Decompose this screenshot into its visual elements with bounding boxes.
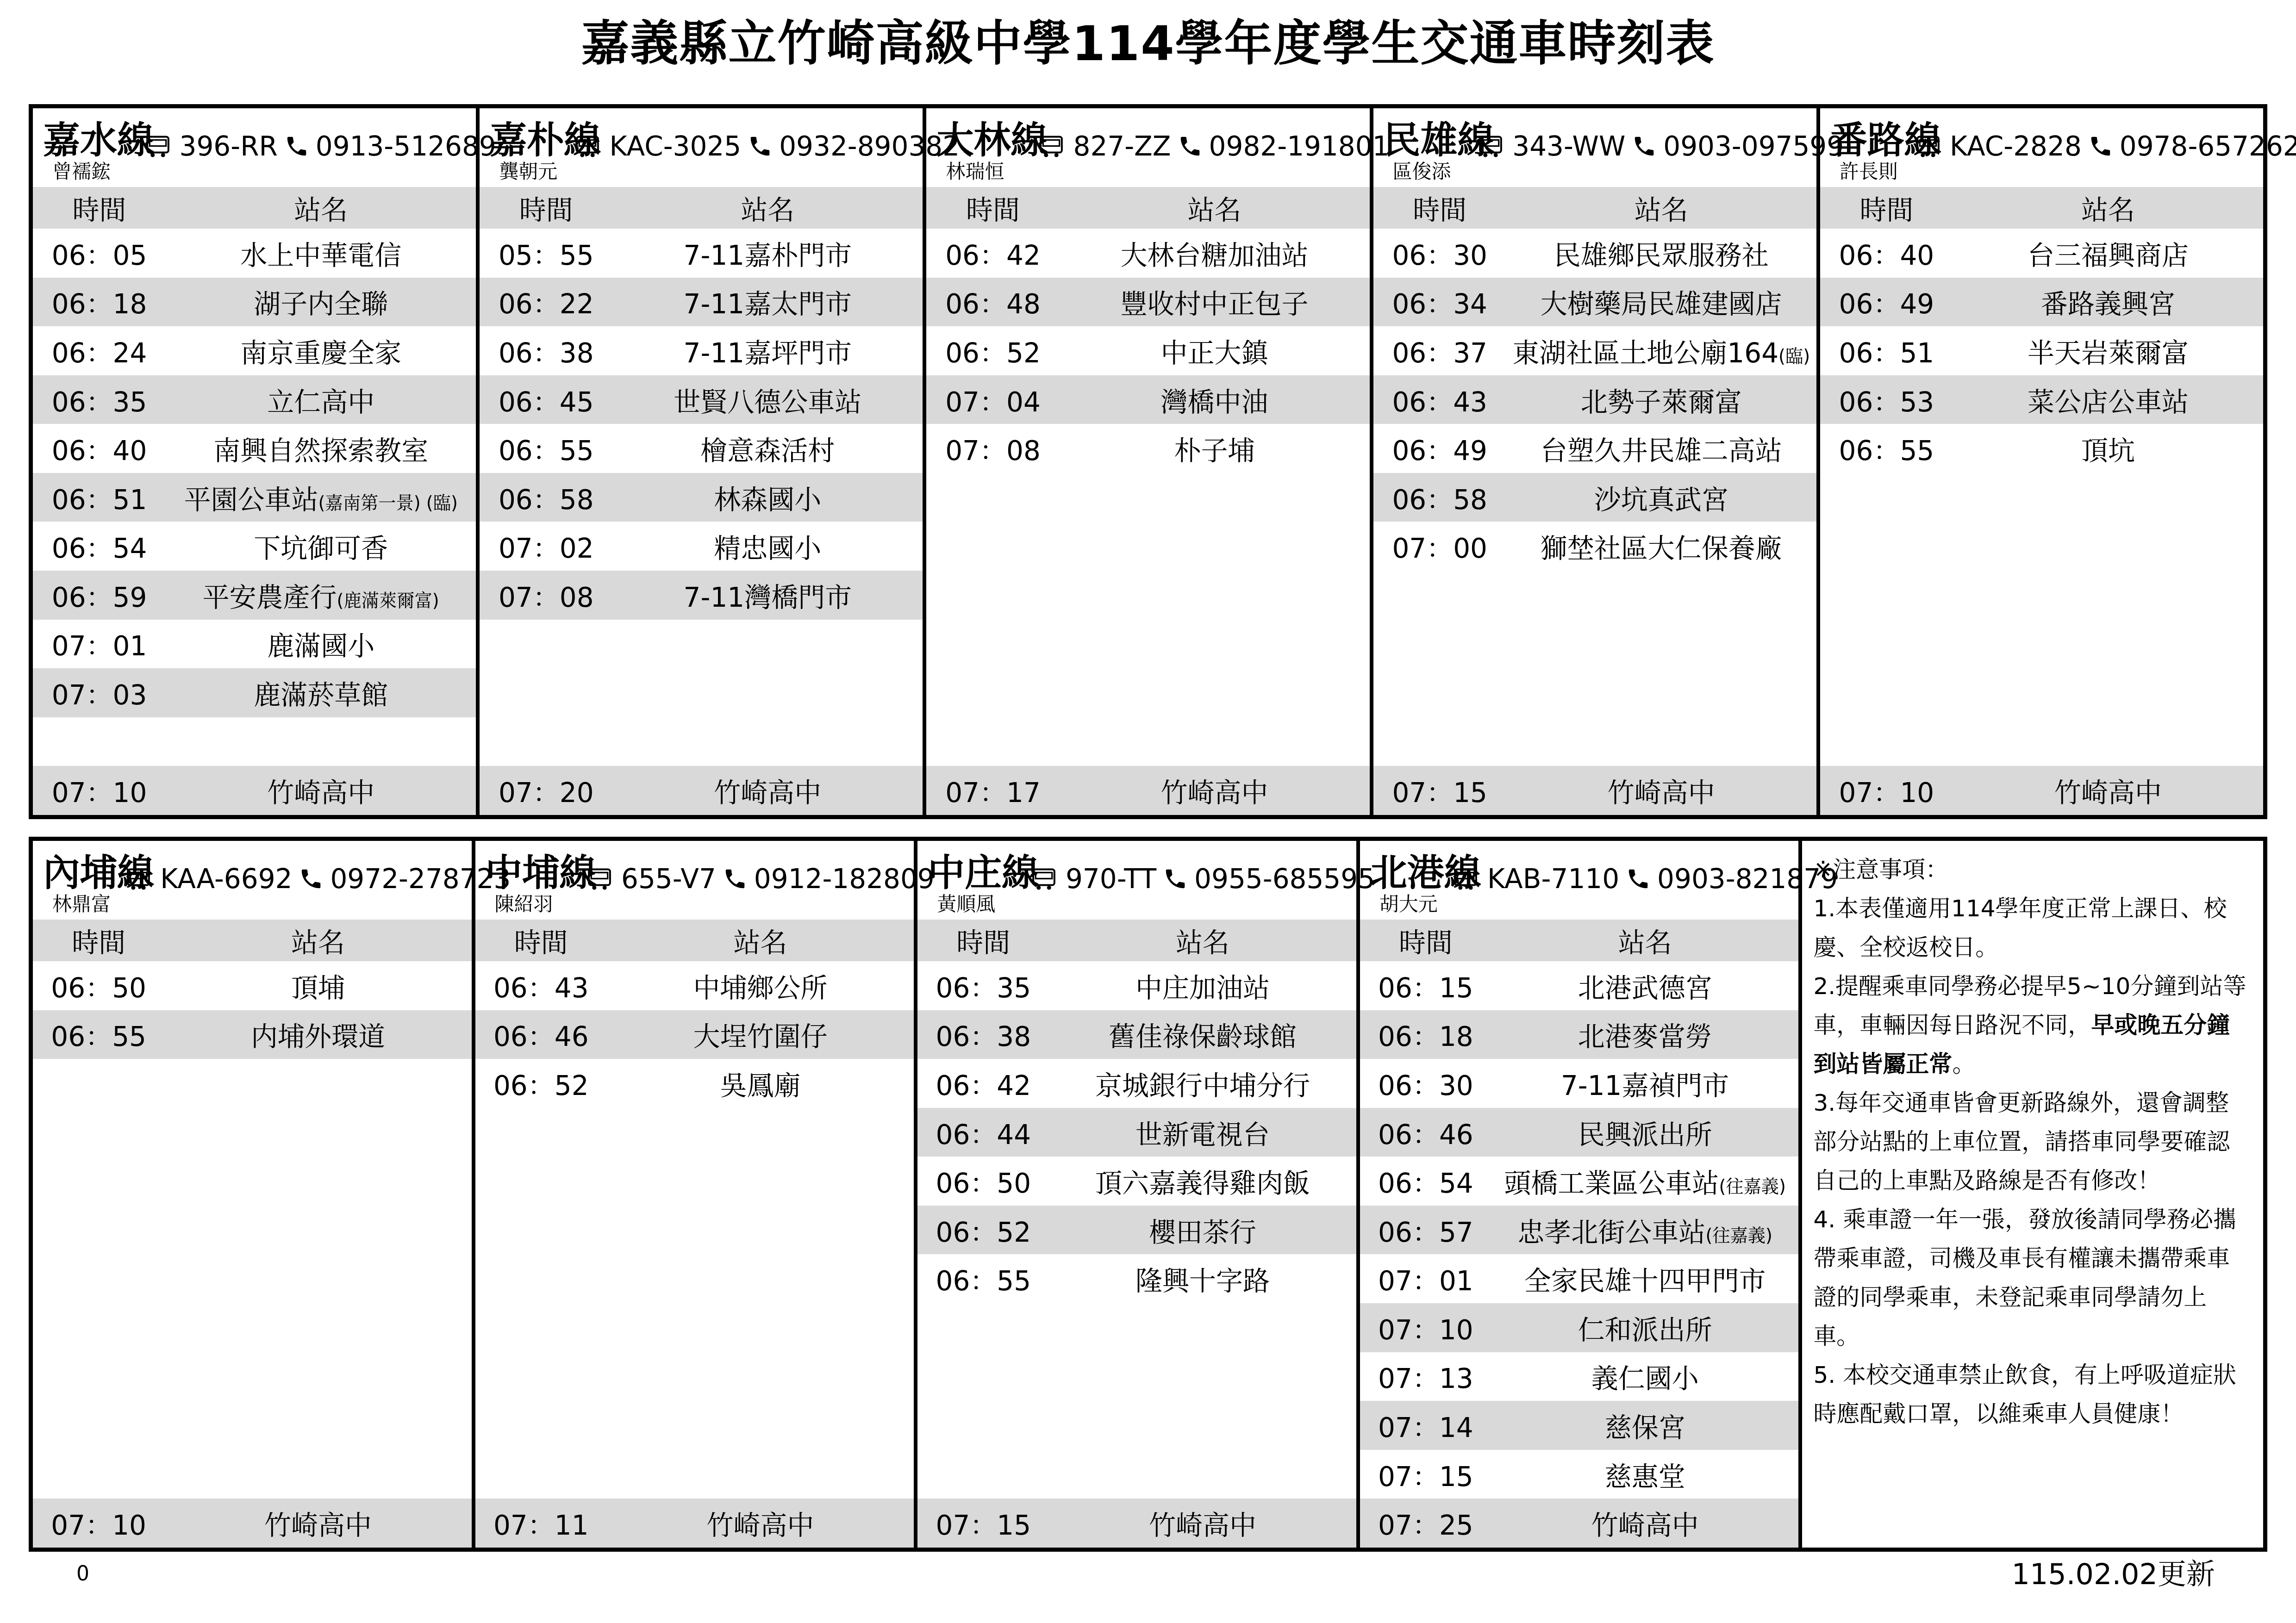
stop-time: 06：55 [1820, 429, 1953, 468]
schedule-rows: 06：15北港武德宮06：18北港麥當勞06：307-11嘉禎門市06：46民興… [1360, 961, 1799, 1548]
bus-plate: 970-TT [1066, 863, 1156, 895]
schedule-row: 06：15北港武德宮 [1360, 961, 1799, 1010]
station-column-header: 站名 [1491, 921, 1798, 960]
schedule-row [33, 717, 476, 766]
stop-station: 北勢子萊爾富 [1506, 380, 1816, 419]
stop-time: 07：03 [33, 673, 166, 712]
stop-station: 立仁高中 [166, 380, 476, 419]
stop-time: 07：13 [1360, 1357, 1491, 1396]
time-column-header: 時間 [926, 188, 1059, 227]
stop-station: 台三福興商店 [1953, 234, 2263, 273]
schedule-row [1820, 668, 2263, 717]
schedule-row [1820, 620, 2263, 669]
column-header-row: 時間 站名 [480, 187, 923, 229]
schedule-row [917, 1352, 1356, 1401]
stop-time: 07：10 [1820, 771, 1953, 810]
time-column-header: 時間 [1360, 921, 1491, 960]
notes-list: 1.本表僅適用114學年度正常上課日、校慶、全校返校日。2.提醒乘車同學務必提早… [1813, 889, 2252, 1433]
route-header: 嘉朴線 龔朝元 KAC-3025 0932-8903 [480, 108, 923, 187]
stop-station: 7-11嘉坪門市 [612, 331, 923, 370]
schedule-row [33, 1157, 472, 1206]
stop-station: 中埔鄉公所 [607, 966, 914, 1005]
driver-phone: 0912-182809 [754, 863, 935, 895]
schedule-row: 06：53菜公店公車站 [1820, 375, 2263, 424]
schedule-row: 07：15竹崎高中 [917, 1499, 1356, 1548]
schedule-row: 07：10竹崎高中 [33, 766, 476, 815]
stop-station: 舊佳祿保齡球館 [1049, 1015, 1356, 1054]
driver-phone: 0978-657262 [2120, 131, 2296, 162]
schedule-row: 06：35立仁高中 [33, 375, 476, 424]
stop-station: 7-11嘉禎門市 [1491, 1064, 1798, 1103]
stop-time: 05：55 [480, 234, 612, 273]
phone-icon [2088, 134, 2113, 159]
route-table: 嘉水線 曾襦鋐 396-RR 0913-512689 [33, 108, 480, 815]
schedule-row [33, 1303, 472, 1352]
route-header: 北港線 胡大元 KAB-7110 0903-8218 [1360, 841, 1799, 920]
route-header: 嘉水線 曾襦鋐 396-RR 0913-512689 [33, 108, 476, 187]
stop-station: 水上中華電信 [166, 234, 476, 273]
notes-title: ※注意事項： [1813, 850, 2252, 889]
schedule-row: 06：40台三福興商店 [1820, 229, 2263, 278]
stop-station: 7-11嘉朴門市 [612, 234, 923, 273]
stop-station: 鹿滿國小 [166, 624, 476, 663]
stop-time: 07：11 [475, 1504, 607, 1542]
schedule-row: 06：42大林台糖加油站 [926, 229, 1369, 278]
schedule-row: 06：42京城銀行中埔分行 [917, 1059, 1356, 1108]
schedule-row [33, 1108, 472, 1157]
stop-station: 獅埜社區大仁保養廠 [1506, 527, 1816, 566]
driver-name: 許長則 [1840, 156, 1898, 184]
stop-time: 07：15 [1360, 1455, 1491, 1494]
schedule-row [1373, 571, 1816, 620]
schedule-rows: 06：30民雄鄉民眾服務社06：34大樹藥局民雄建國店06：37東湖社區土地公廟… [1373, 229, 1816, 815]
bus-icon [1475, 133, 1506, 159]
driver-name: 胡大元 [1379, 889, 1438, 917]
bus-info: 655-V7 0912-182809 [610, 857, 910, 901]
note-item: 5. 本校交通車禁止飲食，有上呼吸道症狀時應配戴口罩，以維乘車人員健康！ [1813, 1356, 2252, 1433]
bus-icon [572, 133, 603, 159]
route-name: 中庄線 [928, 843, 1039, 896]
schedule-row: 06：54頭橋工業區公車站(往嘉義) [1360, 1157, 1799, 1206]
stop-station-note: (臨) [1778, 346, 1810, 367]
stop-time: 07：15 [1373, 771, 1506, 810]
schedule-row [917, 1401, 1356, 1450]
schedule-row [926, 571, 1369, 620]
stop-station: 吳鳳廟 [607, 1064, 914, 1103]
schedule-row: 06：55檜意森活村 [480, 424, 923, 473]
stop-time: 07：17 [926, 771, 1059, 810]
route-name: 嘉水線 [43, 110, 154, 163]
schedule-row: 06：43北勢子萊爾富 [1373, 375, 1816, 424]
station-column-header: 站名 [164, 921, 471, 960]
stop-time: 06：30 [1360, 1064, 1491, 1103]
route-header: 中埔線 陳紹羽 655-V7 0912-182809 [475, 841, 914, 920]
station-column-header: 站名 [1506, 188, 1816, 227]
schedule-row: 07：08朴子埔 [926, 424, 1369, 473]
stop-station: 竹崎高中 [166, 771, 476, 810]
schedule-row: 06：30民雄鄉民眾服務社 [1373, 229, 1816, 278]
bus-info: KAB-7110 0903-821879 [1494, 857, 1794, 901]
bus-info: 343-WW 0903-097599 [1508, 124, 1812, 168]
bus-info: KAC-2828 0978-657262 [1954, 124, 2259, 168]
route-name: 中埔線 [486, 843, 597, 896]
schedule-row: 07：14慈保宮 [1360, 1401, 1799, 1450]
stop-station: 北港麥當勞 [1491, 1015, 1798, 1054]
bus-info: 970-TT 0955-685595 [1052, 857, 1352, 901]
driver-name: 陳紹羽 [495, 889, 553, 917]
stop-time: 07：10 [33, 771, 166, 810]
stop-station: 7-11嘉太門市 [612, 282, 923, 321]
schedule-row: 07：01鹿滿國小 [33, 620, 476, 669]
schedule-row [33, 1206, 472, 1255]
stop-time: 07：01 [1360, 1259, 1491, 1298]
bus-info: 396-RR 0913-512689 [167, 124, 471, 168]
stop-station: 菜公店公車站 [1953, 380, 2263, 419]
stop-station: 仁和派出所 [1491, 1308, 1798, 1347]
stop-station: 忠孝北街公車站(往嘉義) [1491, 1211, 1798, 1250]
stop-time: 06：30 [1373, 234, 1506, 273]
stop-station: 朴子埔 [1060, 429, 1370, 468]
stop-station: 頂埔 [164, 966, 471, 1005]
stop-station-note: (往嘉義) [1705, 1225, 1772, 1246]
phone-icon [299, 866, 324, 891]
schedule-row: 06：227-11嘉太門市 [480, 278, 923, 327]
stop-time: 06：57 [1360, 1211, 1491, 1250]
stop-station-note: (嘉南第一景) (臨) [318, 493, 457, 514]
schedule-row: 07：087-11灣橋門市 [480, 571, 923, 620]
stop-time: 06：35 [33, 380, 166, 419]
schedule-row: 06：52櫻田茶行 [917, 1206, 1356, 1255]
schedule-row: 06：55頂坑 [1820, 424, 2263, 473]
schedule-row [33, 1352, 472, 1401]
stop-time: 07：14 [1360, 1406, 1491, 1445]
phone-icon [723, 866, 748, 891]
schedule-row: 07：10仁和派出所 [1360, 1303, 1799, 1352]
driver-name: 黃順風 [937, 889, 995, 917]
route-table: 大林線 林瑞恒 827-ZZ 0982-191801 [926, 108, 1373, 815]
schedule-row: 06：50頂埔 [33, 961, 472, 1010]
schedule-row: 07：03鹿滿菸草館 [33, 668, 476, 717]
schedule-row [1373, 620, 1816, 669]
stop-station: 大林台糖加油站 [1060, 234, 1370, 273]
stop-time: 06：58 [1373, 478, 1506, 517]
schedule-row [1820, 473, 2263, 522]
time-column-header: 時間 [33, 188, 166, 227]
stop-time: 06：43 [1373, 380, 1506, 419]
bus-plate: 343-WW [1512, 131, 1625, 162]
column-header-row: 時間 站名 [475, 920, 914, 961]
driver-name: 林瑞恒 [946, 156, 1004, 184]
bus-info: KAA-6692 0972-278723 [167, 857, 467, 901]
bus-plate: 827-ZZ [1073, 131, 1171, 162]
route-header: 番路線 許長則 KAC-2828 0978-6572 [1820, 108, 2263, 187]
schedule-row: 06：05水上中華電信 [33, 229, 476, 278]
schedule-row: 06：44世新電視台 [917, 1108, 1356, 1157]
route-header: 中庄線 黃順風 970-TT 0955-685595 [917, 841, 1356, 920]
phone-icon [1163, 866, 1188, 891]
schedule-row: 07：04灣橋中油 [926, 375, 1369, 424]
stop-time: 06：51 [1820, 331, 1953, 370]
station-column-header: 站名 [1049, 921, 1356, 960]
stop-station: 下坑御可香 [166, 527, 476, 566]
stop-time: 06：34 [1373, 282, 1506, 321]
schedule-row [33, 1254, 472, 1303]
stop-time: 06：40 [1820, 234, 1953, 273]
schedule-row: 07：20竹崎高中 [480, 766, 923, 815]
schedule-rows: 06：05水上中華電信06：18湖子内全聯06：24南京重慶全家06：35立仁高… [33, 229, 476, 815]
stop-station: 大埕竹圍仔 [607, 1015, 914, 1054]
driver-name: 林鼎富 [52, 889, 111, 917]
schedule-row [475, 1401, 914, 1450]
phone-icon [284, 134, 309, 159]
schedule-row [33, 1450, 472, 1499]
stop-time: 06：54 [1360, 1162, 1491, 1200]
bottom-tables-block: 內埔線 林鼎富 KAA-6692 0972-2787 [29, 837, 2267, 1552]
time-column-header: 時間 [480, 188, 612, 227]
column-header-row: 時間 站名 [926, 187, 1369, 229]
stop-time: 06：55 [917, 1259, 1049, 1298]
stop-station: 慈惠堂 [1491, 1455, 1798, 1494]
bus-icon [1036, 133, 1067, 159]
note-item: 1.本表僅適用114學年度正常上課日、校慶、全校返校日。 [1813, 889, 2252, 967]
schedule-row: 06：307-11嘉禎門市 [1360, 1059, 1799, 1108]
schedule-row [917, 1303, 1356, 1352]
schedule-row: 06：52中正大鎮 [926, 326, 1369, 375]
bus-icon [1913, 133, 1943, 159]
notes-panel: ※注意事項： 1.本表僅適用114學年度正常上課日、校慶、全校返校日。2.提醒乘… [1802, 841, 2263, 1548]
schedule-row: 07：15慈惠堂 [1360, 1450, 1799, 1499]
route-header: 大林線 林瑞恒 827-ZZ 0982-191801 [926, 108, 1369, 187]
bus-icon [123, 866, 154, 892]
route-table: 中埔線 陳紹羽 655-V7 0912-182809 [475, 841, 918, 1548]
schedule-row: 06：24南京重慶全家 [33, 326, 476, 375]
schedule-row [1373, 717, 1816, 766]
schedule-rows: 06：50頂埔06：55内埔外環道07：10竹崎高中 [33, 961, 472, 1548]
stop-time: 07：15 [917, 1504, 1049, 1542]
schedule-row [1820, 717, 2263, 766]
schedule-row: 06：45世賢八德公車站 [480, 375, 923, 424]
schedule-row: 05：557-11嘉朴門市 [480, 229, 923, 278]
driver-name: 龔朝元 [499, 156, 557, 184]
station-column-header: 站名 [166, 188, 476, 227]
schedule-row: 06：51半天岩萊爾富 [1820, 326, 2263, 375]
schedule-rows: 06：35中庄加油站06：38舊佳祿保齡球館06：42京城銀行中埔分行06：44… [917, 961, 1356, 1548]
stop-station: 竹崎高中 [1506, 771, 1816, 810]
stop-time: 06：55 [480, 429, 612, 468]
stop-station: 湖子内全聯 [166, 282, 476, 321]
stop-station: 頭橋工業區公車站(往嘉義) [1491, 1162, 1798, 1200]
schedule-row [926, 668, 1369, 717]
stop-station: 中庄加油站 [1049, 966, 1356, 1005]
stop-station: 竹崎高中 [612, 771, 923, 810]
schedule-row: 06：57忠孝北街公車站(往嘉義) [1360, 1206, 1799, 1255]
stop-time: 06：35 [917, 966, 1049, 1005]
bus-plate: KAB-7110 [1487, 863, 1619, 895]
schedule-row: 06：34大樹藥局民雄建國店 [1373, 278, 1816, 327]
time-column-header: 時間 [33, 921, 164, 960]
schedule-row: 07：17竹崎高中 [926, 766, 1369, 815]
stop-station: 平園公車站(嘉南第一景) (臨) [166, 478, 476, 517]
phone-icon [748, 134, 773, 159]
schedule-row: 06：35中庄加油站 [917, 961, 1356, 1010]
route-table: 番路線 許長則 KAC-2828 0978-6572 [1820, 108, 2263, 815]
schedule-row: 06：18湖子内全聯 [33, 278, 476, 327]
stop-station: 南興自然探索教室 [166, 429, 476, 468]
schedule-row [926, 620, 1369, 669]
note-item: 2.提醒乘車同學務必提早5~10分鐘到站等車，車輛因每日路況不同，早或晚五分鐘到… [1813, 967, 2252, 1083]
schedule-row: 07：25竹崎高中 [1360, 1499, 1799, 1548]
schedule-row: 06：40南興自然探索教室 [33, 424, 476, 473]
schedule-row: 06：37東湖社區土地公廟164(臨) [1373, 326, 1816, 375]
stop-time: 06：52 [917, 1211, 1049, 1250]
station-column-header: 站名 [607, 921, 914, 960]
stop-time: 06：37 [1373, 331, 1506, 370]
station-column-header: 站名 [1953, 188, 2263, 227]
stop-time: 06：15 [1360, 966, 1491, 1005]
route-table: 北港線 胡大元 KAB-7110 0903-8218 [1360, 841, 1803, 1548]
schedule-row: 07：02精忠國小 [480, 522, 923, 571]
stop-station: 竹崎高中 [164, 1504, 471, 1542]
stop-station: 番路義興宮 [1953, 282, 2263, 321]
stop-station: 灣橋中油 [1060, 380, 1370, 419]
stop-station: 民興派出所 [1491, 1113, 1798, 1152]
driver-phone: 0903-097599 [1663, 131, 1844, 162]
schedule-row [926, 522, 1369, 571]
stop-time: 06：50 [33, 966, 164, 1005]
schedule-row [1820, 522, 2263, 571]
column-header-row: 時間 站名 [33, 187, 476, 229]
stop-station: 南京重慶全家 [166, 331, 476, 370]
column-header-row: 時間 站名 [1360, 920, 1799, 961]
schedule-row: 07：13義仁國小 [1360, 1352, 1799, 1401]
column-header-row: 時間 站名 [33, 920, 472, 961]
stop-station: 鹿滿菸草館 [166, 673, 476, 712]
stop-station: 豐收村中正包子 [1060, 282, 1370, 321]
note-item: 3.每年交通車皆會更新路線外，還會調整部分站點的上車位置，請搭車同學要確認自己的… [1813, 1083, 2252, 1200]
stop-station: 中正大鎮 [1060, 331, 1370, 370]
schedule-row: 06：59平安農產行(鹿滿萊爾富) [33, 571, 476, 620]
stop-time: 06：24 [33, 331, 166, 370]
schedule-row [475, 1157, 914, 1206]
schedule-row: 07：00獅埜社區大仁保養廠 [1373, 522, 1816, 571]
schedule-rows: 06：43中埔鄉公所06：46大埕竹圍仔06：52吳鳳廟07：11竹崎高中 [475, 961, 914, 1548]
stop-station: 隆興十字路 [1049, 1259, 1356, 1298]
stop-time: 06：44 [917, 1113, 1049, 1152]
station-column-header: 站名 [1060, 188, 1370, 227]
stop-station: 頂六嘉義得雞肉飯 [1049, 1162, 1356, 1200]
bus-plate: KAA-6692 [160, 863, 292, 895]
stop-time: 06：48 [926, 282, 1059, 321]
schedule-row [480, 717, 923, 766]
route-header: 民雄線 區俊添 343-WW 0903-097599 [1373, 108, 1816, 187]
route-table: 中庄線 黃順風 970-TT 0955-685595 [917, 841, 1360, 1548]
stop-time: 07：02 [480, 527, 612, 566]
stop-station: 大樹藥局民雄建國店 [1506, 282, 1816, 321]
schedule-rows: 05：557-11嘉朴門市06：227-11嘉太門市06：387-11嘉坪門市0… [480, 229, 923, 815]
stop-time: 06：59 [33, 576, 166, 615]
bus-info: KAC-3025 0932-890382 [614, 124, 918, 168]
stop-time: 07：10 [33, 1504, 164, 1542]
stop-station: 竹崎高中 [1953, 771, 2263, 810]
stop-time: 06：52 [926, 331, 1059, 370]
stop-time: 06：40 [33, 429, 166, 468]
time-column-header: 時間 [475, 921, 607, 960]
schedule-row: 07：01全家民雄十四甲門市 [1360, 1254, 1799, 1303]
bus-icon [1029, 866, 1059, 892]
stop-time: 06：53 [1820, 380, 1953, 419]
bus-plate: 396-RR [180, 131, 278, 162]
stop-time: 06：05 [33, 234, 166, 273]
schedule-row [33, 1401, 472, 1450]
schedule-row [33, 1059, 472, 1108]
driver-phone: 0982-191801 [1209, 131, 1390, 162]
schedule-row [926, 473, 1369, 522]
top-tables-block: 嘉水線 曾襦鋐 396-RR 0913-512689 [29, 104, 2267, 819]
route-table: 嘉朴線 龔朝元 KAC-3025 0932-8903 [480, 108, 926, 815]
stop-time: 06：49 [1373, 429, 1506, 468]
stop-time: 06：45 [480, 380, 612, 419]
stop-time: 06：43 [475, 966, 607, 1005]
footer-page-number: 0 [76, 1562, 89, 1586]
phone-icon [1178, 134, 1203, 159]
column-header-row: 時間 站名 [917, 920, 1356, 961]
schedule-row: 06：55隆興十字路 [917, 1254, 1356, 1303]
bus-info: 827-ZZ 0982-191801 [1061, 124, 1365, 168]
stop-time: 06：38 [917, 1015, 1049, 1054]
schedule-row: 07：15竹崎高中 [1373, 766, 1816, 815]
stop-station: 台塑久井民雄二高站 [1506, 429, 1816, 468]
stop-station: 竹崎高中 [1060, 771, 1370, 810]
route-name: 大林線 [936, 110, 1048, 163]
stop-station: 竹崎高中 [1049, 1504, 1356, 1542]
driver-name: 區俊添 [1393, 156, 1451, 184]
phone-icon [1626, 866, 1651, 891]
stop-station: 林森國小 [612, 478, 923, 517]
schedule-row: 06：46大埕竹圍仔 [475, 1010, 914, 1059]
schedule-row: 06：50頂六嘉義得雞肉飯 [917, 1157, 1356, 1206]
stop-station: 7-11灣橋門市 [612, 576, 923, 615]
stop-station: 精忠國小 [612, 527, 923, 566]
stop-time: 06：51 [33, 478, 166, 517]
schedule-row: 07：11竹崎高中 [475, 1499, 914, 1548]
schedule-row [917, 1450, 1356, 1499]
stop-time: 07：10 [1360, 1308, 1491, 1347]
schedule-row: 07：10竹崎高中 [1820, 766, 2263, 815]
bus-plate: KAC-2828 [1950, 131, 2082, 162]
schedule-row [475, 1206, 914, 1255]
schedule-row: 06：54下坑御可香 [33, 522, 476, 571]
stop-station: 義仁國小 [1491, 1357, 1798, 1396]
stop-station-note: (鹿滿萊爾富) [337, 591, 439, 611]
time-column-header: 時間 [1373, 188, 1506, 227]
route-table: 民雄線 區俊添 343-WW 0903-097599 [1373, 108, 1820, 815]
stop-time: 06：58 [480, 478, 612, 517]
stop-time: 07：01 [33, 624, 166, 663]
schedule-row [480, 668, 923, 717]
schedule-row: 07：10竹崎高中 [33, 1499, 472, 1548]
schedule-row [475, 1303, 914, 1352]
stop-station: 全家民雄十四甲門市 [1491, 1259, 1798, 1298]
schedule-row [926, 717, 1369, 766]
column-header-row: 時間 站名 [1373, 187, 1816, 229]
bus-plate: KAC-3025 [609, 131, 741, 162]
column-header-row: 時間 站名 [1820, 187, 2263, 229]
schedule-row: 06：58沙坑真武宮 [1373, 473, 1816, 522]
stop-station: 頂坑 [1953, 429, 2263, 468]
stop-time: 06：22 [480, 282, 612, 321]
stop-time: 06：50 [917, 1162, 1049, 1200]
stop-time: 06：52 [475, 1064, 607, 1103]
